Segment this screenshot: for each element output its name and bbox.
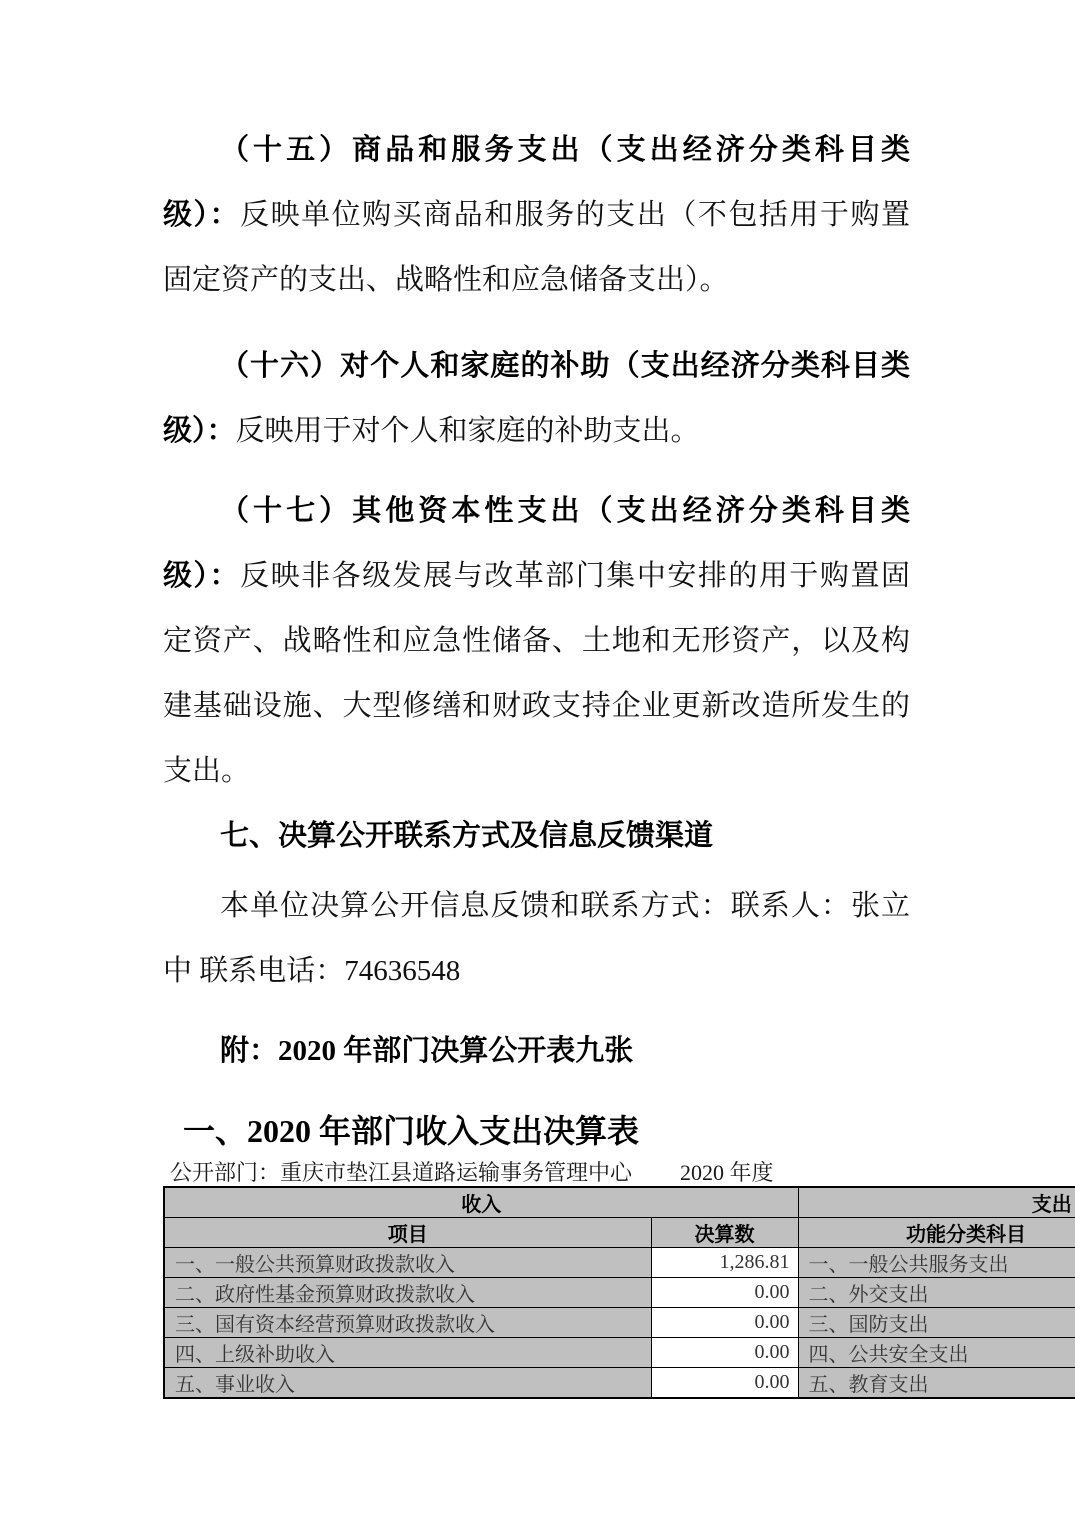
table-row: 四、上级补助收入 0.00 四、公共安全支出 [164,1338,1075,1368]
expenditure-group-header: 支出 [798,1187,1075,1218]
paragraph-lead: （十六）对个人和家庭的补助（支出经济分类科目类 [220,350,910,382]
table-row: 五、事业收入 0.00 五、教育支出 [164,1368,1075,1399]
paragraph-text: 定资产、战略性和应急性储备、土地和无形资产，以及构 [163,625,910,657]
budget-table-wrapper: 收入 支出 项目 决算数 功能分类科目 一、一般公共预算财政拨款收入 1,286… [163,1186,1075,1399]
amount-cell: 0.00 [651,1278,798,1308]
function-column-header: 功能分类科目 [798,1218,1075,1248]
paragraph-lead: （十五）商品和服务支出（支出经济分类科目类 [220,134,910,166]
budget-table: 收入 支出 项目 决算数 功能分类科目 一、一般公共预算财政拨款收入 1,286… [163,1186,1075,1399]
income-item-cell: 一、一般公共预算财政拨款收入 [164,1248,651,1278]
item-column-header: 项目 [164,1218,651,1248]
paragraph-lead: 级）： [163,560,240,592]
paragraph-line: 级）：反映用于对个人和家庭的补助支出。 [163,399,910,464]
paragraph-text: 反映单位购买商品和服务的支出（不包括用于购置 [240,199,910,231]
paragraph-text: 固定资产的支出、战略性和应急储备支出）。 [163,264,729,296]
table-row: 二、政府性基金预算财政拨款收入 0.00 二、外交支出 [164,1278,1075,1308]
paragraph-17: （十七）其他资本性支出（支出经济分类科目类 级）：反映非各级发展与改革部门集中安… [163,479,910,804]
attachment-line: 附：2020 年部门决算公开表九张 [163,1019,910,1084]
paragraph-text: 支出。 [163,755,250,787]
income-group-header: 收入 [164,1187,798,1218]
income-item-cell: 三、国有资本经营预算财政拨款收入 [164,1308,651,1338]
paragraph-text: 反映非各级发展与改革部门集中安排的用于购置固 [240,560,910,592]
paragraph-lead: 级）： [163,415,236,447]
paragraph-16: （十六）对个人和家庭的补助（支出经济分类科目类 级）：反映用于对个人和家庭的补助… [163,334,910,464]
section-heading: 七、决算公开联系方式及信息反馈渠道 [163,804,910,869]
amount-cell: 0.00 [651,1368,798,1399]
department-label: 公开部门：重庆市垫江县道路运输事务管理中心 [170,1160,632,1185]
paragraph-line: 级）：反映非各级发展与改革部门集中安排的用于购置固 [163,544,910,609]
expenditure-item-cell: 一、一般公共服务支出 [798,1248,1075,1278]
amount-cell: 1,286.81 [651,1248,798,1278]
income-item-cell: 四、上级补助收入 [164,1338,651,1368]
paragraph-line: 建基础设施、大型修缮和财政支持企业更新改造所发生的 [163,674,910,739]
table-row: 一、一般公共预算财政拨款收入 1,286.81 一、一般公共服务支出 [164,1248,1075,1278]
paragraph-text: 反映用于对个人和家庭的补助支出。 [236,415,700,447]
paragraph-line: 定资产、战略性和应急性储备、土地和无形资产，以及构 [163,609,910,674]
paragraph-15: （十五）商品和服务支出（支出经济分类科目类 级）：反映单位购买商品和服务的支出（… [163,118,910,313]
expenditure-item-cell: 二、外交支出 [798,1278,1075,1308]
amount-cell: 0.00 [651,1338,798,1368]
table-group-header-row: 收入 支出 [164,1187,1075,1218]
amount-cell: 0.00 [651,1308,798,1338]
paragraph-line: 支出。 [163,739,910,804]
expenditure-item-cell: 四、公共安全支出 [798,1338,1075,1368]
paragraph-line: 级）：反映单位购买商品和服务的支出（不包括用于购置 [163,183,910,248]
paragraph-line: 本单位决算公开信息反馈和联系方式：联系人：张立 [163,874,910,939]
text-column: （十五）商品和服务支出（支出经济分类科目类 级）：反映单位购买商品和服务的支出（… [163,118,910,1190]
period-label: 2020 年度 [680,1160,774,1185]
table-title: 一、2020 年部门收入支出决算表 [163,1107,910,1155]
income-item-cell: 五、事业收入 [164,1368,651,1399]
paragraph-line: 固定资产的支出、战略性和应急储备支出）。 [163,248,910,313]
paragraph-line: （十七）其他资本性支出（支出经济分类科目类 [163,479,910,544]
expenditure-item-cell: 三、国防支出 [798,1308,1075,1338]
expenditure-item-cell: 五、教育支出 [798,1368,1075,1399]
amount-column-header: 决算数 [651,1218,798,1248]
paragraph-line: （十五）商品和服务支出（支出经济分类科目类 [163,118,910,183]
paragraph-lead: （十七）其他资本性支出（支出经济分类科目类 [220,495,910,527]
income-item-cell: 二、政府性基金预算财政拨款收入 [164,1278,651,1308]
document-page: （十五）商品和服务支出（支出经济分类科目类 级）：反映单位购买商品和服务的支出（… [0,0,1075,1520]
contact-paragraph: 本单位决算公开信息反馈和联系方式：联系人：张立 中 联系电话：74636548 [163,874,910,1004]
paragraph-line: （十六）对个人和家庭的补助（支出经济分类科目类 [163,334,910,399]
paragraph-text: 建基础设施、大型修缮和财政支持企业更新改造所发生的 [163,690,910,722]
paragraph-lead: 级）： [163,199,240,231]
table-column-header-row: 项目 决算数 功能分类科目 [164,1218,1075,1248]
table-caption: 公开部门：重庆市垫江县道路运输事务管理中心2020 年度 [163,1160,910,1186]
table-row: 三、国有资本经营预算财政拨款收入 0.00 三、国防支出 [164,1308,1075,1338]
paragraph-line: 中 联系电话：74636548 [163,939,910,1004]
